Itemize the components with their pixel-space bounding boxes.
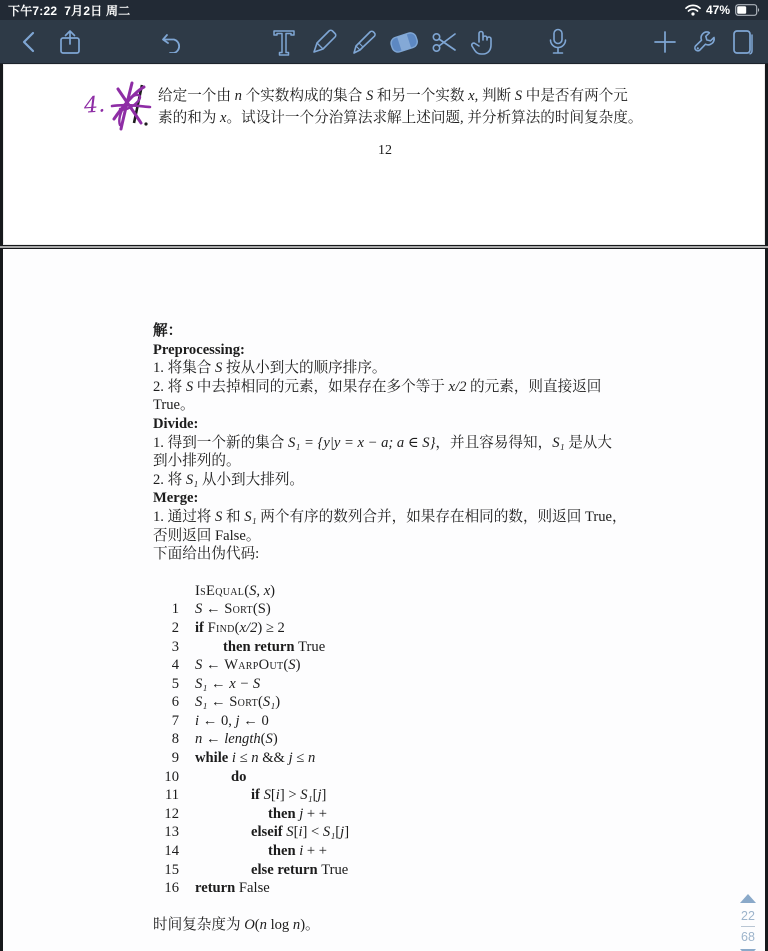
solution-body: 解：Preprocessing:1. 将集合 S 按从小到大的顺序排序。2. 将… bbox=[153, 322, 668, 934]
wrench-icon bbox=[692, 29, 718, 55]
scissors-tool-button[interactable] bbox=[424, 20, 464, 64]
pen-tool-button[interactable] bbox=[304, 20, 344, 64]
pdf-page-bottom: 解：Preprocessing:1. 将集合 S 按从小到大的顺序排序。2. 将… bbox=[3, 249, 765, 951]
pointer-tool-button[interactable] bbox=[462, 20, 502, 64]
chevron-left-icon bbox=[21, 31, 35, 53]
pages-icon bbox=[731, 29, 755, 55]
undo-button[interactable] bbox=[152, 20, 192, 64]
microphone-icon bbox=[548, 28, 568, 56]
pseudocode-lines: 1S ← Sort(S)2if Find(x/2) ≥ 23then retur… bbox=[153, 600, 668, 898]
text-line: 1. 通过将 S 和 S₁ 两个有序的数列合并，如果存在相同的数，则返回 Tru… bbox=[153, 508, 668, 527]
text-line: 解： bbox=[153, 322, 668, 341]
share-button[interactable] bbox=[50, 20, 90, 64]
battery-percent: 47% bbox=[706, 3, 730, 17]
text-line: 素的和为 x。试设计一个分治算法求解上述问题, 并分析算法的时间复杂度。 bbox=[158, 107, 688, 129]
pseudocode-line: 13elseif S[i] < S₁[j] bbox=[153, 823, 668, 842]
pseudocode-block: 0 IsEqual(S, x) 1S ← Sort(S)2if Find(x/2… bbox=[153, 582, 668, 898]
share-icon bbox=[59, 29, 81, 55]
text-tool-button[interactable] bbox=[264, 20, 304, 64]
solution-paragraphs: 解：Preprocessing:1. 将集合 S 按从小到大的顺序排序。2. 将… bbox=[153, 322, 668, 564]
page-manager-button[interactable] bbox=[723, 20, 763, 64]
hand-pointer-icon bbox=[468, 28, 496, 56]
text-line: 到小排列的。 bbox=[153, 452, 668, 471]
text-line: 1. 得到一个新的集合 S₁ = {y|y = x − a; a ∈ S}，并且… bbox=[153, 434, 668, 453]
pseudocode-line: 12then j + + bbox=[153, 805, 668, 824]
pseudocode-line: 14then i + + bbox=[153, 842, 668, 861]
record-button[interactable] bbox=[538, 20, 578, 64]
text-line: True。 bbox=[153, 396, 668, 415]
status-bar: 下午7:22 7月2日 周二 47% bbox=[0, 0, 768, 20]
text-line: 下面给出伪代码: bbox=[153, 545, 668, 564]
pseudocode-line: 15else return True bbox=[153, 861, 668, 880]
handwritten-ink-number: 4. bbox=[83, 92, 106, 118]
text-line: Preprocessing: bbox=[153, 341, 668, 360]
wifi-icon bbox=[685, 4, 701, 16]
highlighter-tool-button[interactable] bbox=[344, 20, 384, 64]
pseudocode-line: 4S ← WarpOut(S) bbox=[153, 656, 668, 675]
text-line: 2. 将 S₁ 从小到大排列。 bbox=[153, 471, 668, 490]
pseudocode-line: 6S₁ ← Sort(S₁) bbox=[153, 693, 668, 712]
text-line: 给定一个由 n 个实数构成的集合 S 和另一个实数 x, 判断 S 中是否有两个… bbox=[158, 85, 688, 107]
pseudocode-line: 5S₁ ← x − S bbox=[153, 675, 668, 694]
pseudocode-line: 16return False bbox=[153, 879, 668, 898]
page-up-arrow-icon[interactable] bbox=[740, 894, 756, 903]
text-line: 2. 将 S 中去掉相同的元素，如果存在多个等于 x/2 的元素，则直接返回 bbox=[153, 378, 668, 397]
battery-icon bbox=[735, 4, 760, 16]
page-nav-divider bbox=[741, 926, 755, 927]
problem-statement: 给定一个由 n 个实数构成的集合 S 和另一个实数 x, 判断 S 中是否有两个… bbox=[158, 85, 688, 129]
pseudocode-line: 8n ← length(S) bbox=[153, 730, 668, 749]
scissors-icon bbox=[430, 28, 458, 56]
toolbar bbox=[0, 20, 768, 64]
status-date: 7月2日 周二 bbox=[64, 4, 130, 18]
pseudocode-line: 3then return True bbox=[153, 638, 668, 657]
text-line: Merge: bbox=[153, 489, 668, 508]
pseudocode-line: 10do bbox=[153, 768, 668, 787]
text-line: 1. 将集合 S 按从小到大的顺序排序。 bbox=[153, 359, 668, 378]
pseudocode-line: 7i ← 0, j ← 0 bbox=[153, 712, 668, 731]
pen-icon bbox=[310, 28, 338, 56]
text-line: Divide: bbox=[153, 415, 668, 434]
complexity-statement: 时间复杂度为 O(n log n)。 bbox=[153, 916, 668, 935]
scribble-annotation bbox=[108, 79, 154, 140]
plus-icon bbox=[653, 30, 677, 54]
pseudocode-line: 9while i ≤ n && j ≤ n bbox=[153, 749, 668, 768]
pseudocode-line: 1S ← Sort(S) bbox=[153, 600, 668, 619]
tools-settings-button[interactable] bbox=[685, 20, 725, 64]
total-page-count: 68 bbox=[741, 930, 755, 944]
page-navigator: 22 68 bbox=[735, 894, 761, 951]
eraser-icon bbox=[388, 29, 420, 55]
page-divider bbox=[0, 246, 768, 248]
eraser-tool-button-selected[interactable] bbox=[384, 20, 424, 64]
printed-page-number: 12 bbox=[4, 143, 766, 159]
text-line: 否则返回 False。 bbox=[153, 527, 668, 546]
text-tool-icon bbox=[272, 28, 296, 56]
pdf-page-top: 4. 给定一个由 n 个实数构成的集合 S 和另一个实数 x, 判断 S 中是否… bbox=[3, 64, 765, 245]
add-page-button[interactable] bbox=[645, 20, 685, 64]
pseudocode-line: 11if S[i] > S₁[j] bbox=[153, 786, 668, 805]
note-canvas[interactable]: 4. 给定一个由 n 个实数构成的集合 S 和另一个实数 x, 判断 S 中是否… bbox=[0, 64, 768, 951]
pseudocode-title: 0 IsEqual(S, x) bbox=[153, 582, 668, 601]
status-time: 下午7:22 bbox=[8, 4, 57, 18]
back-button[interactable] bbox=[8, 20, 48, 64]
undo-arrow-icon bbox=[160, 31, 184, 53]
status-datetime: 下午7:22 7月2日 周二 bbox=[8, 2, 130, 19]
pseudocode-line: 2if Find(x/2) ≥ 2 bbox=[153, 619, 668, 638]
highlighter-icon bbox=[350, 28, 378, 56]
current-page-number: 22 bbox=[741, 909, 755, 923]
